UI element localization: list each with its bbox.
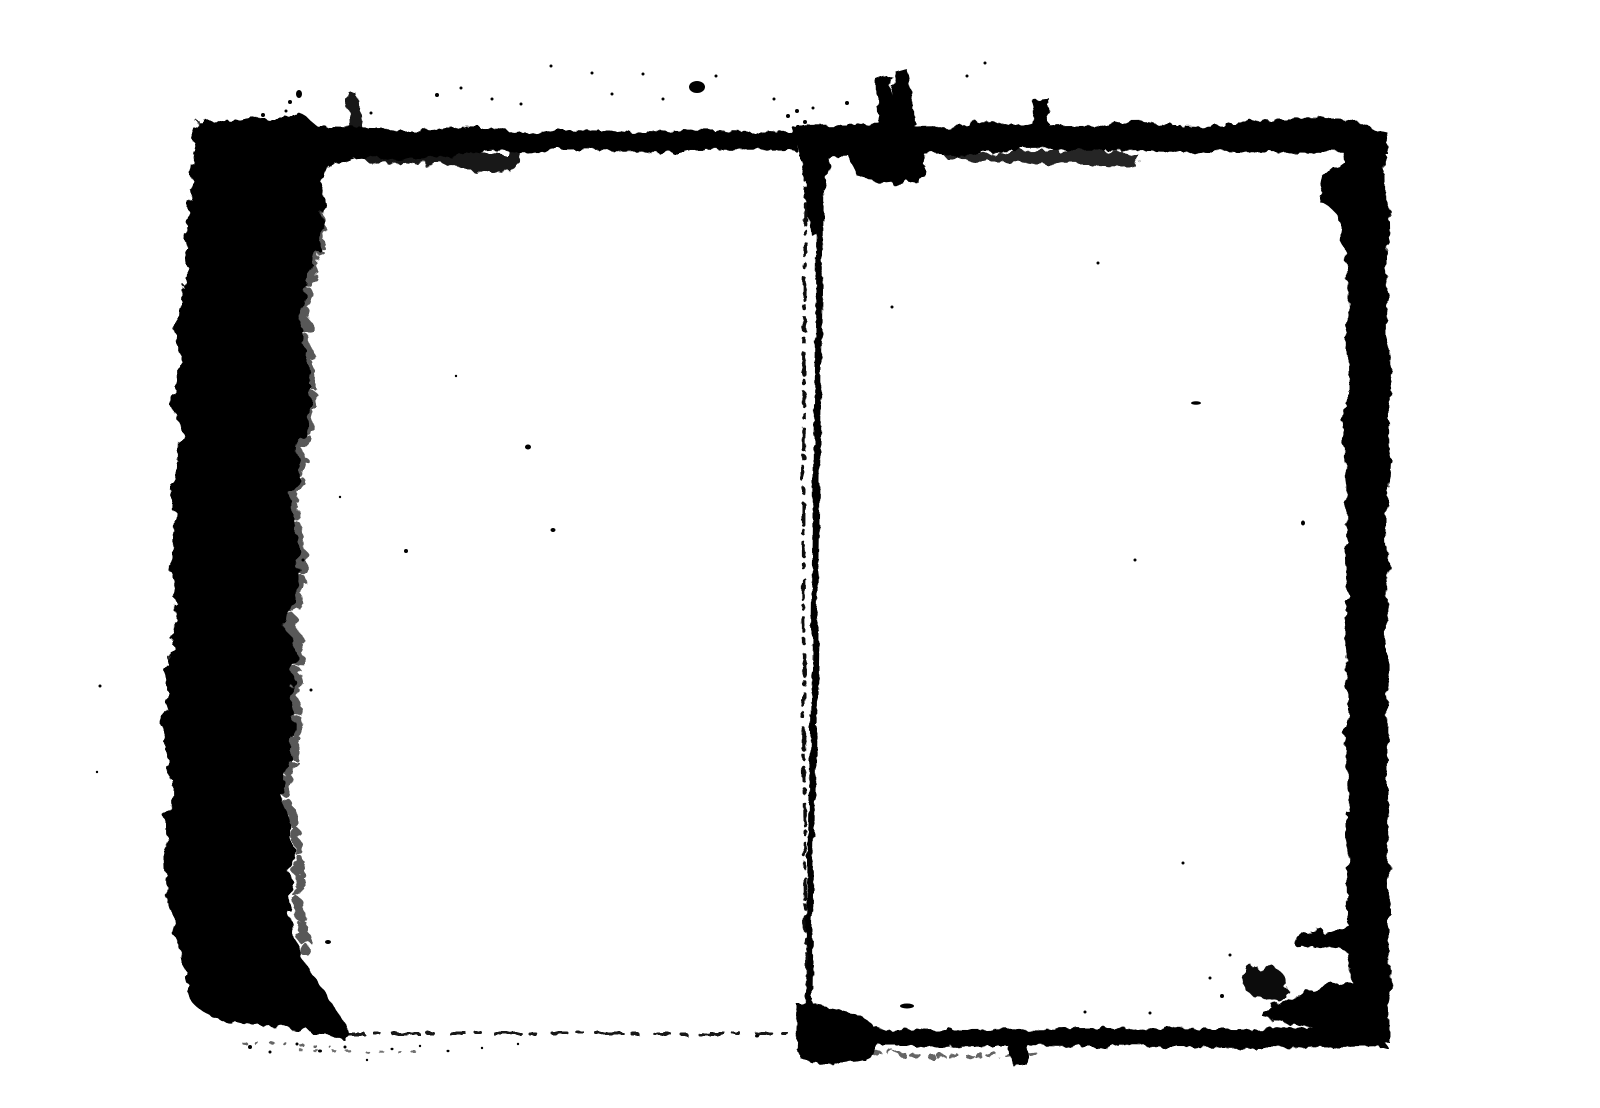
ink-speck: [1182, 862, 1185, 865]
ink-speck: [1191, 401, 1201, 405]
ink-speck: [248, 1045, 252, 1049]
ink-speck: [302, 559, 305, 562]
ink-speck: [900, 1004, 914, 1009]
scan-canvas: [0, 0, 1600, 1108]
ink-speck: [773, 98, 776, 101]
ink-speck: [662, 98, 665, 101]
ink-speck: [1084, 1011, 1087, 1014]
ink-speck: [795, 109, 799, 113]
ink-speck: [550, 65, 553, 68]
binding-tick-top: [1031, 95, 1048, 131]
ink-speck: [344, 1046, 347, 1049]
ink-speck: [1097, 262, 1100, 265]
ink-speck: [269, 1051, 272, 1054]
ink-speck: [275, 119, 279, 123]
ink-speck: [803, 120, 807, 124]
ink-speck: [1149, 1012, 1152, 1015]
ink-speck: [288, 100, 292, 104]
ink-speck: [339, 496, 341, 498]
book-scan: [0, 0, 1600, 1108]
ink-speck: [310, 689, 313, 692]
ink-speck: [285, 110, 288, 113]
ink-speck: [966, 75, 969, 78]
right-bottom-border-drip: [1009, 1044, 1029, 1064]
ink-speck: [715, 75, 718, 78]
ink-speck: [551, 528, 556, 532]
ink-speck: [419, 1045, 421, 1047]
ink-speck: [96, 771, 98, 773]
ink-speck: [786, 114, 790, 118]
right-page-bottom-border: [798, 1028, 1387, 1048]
ink-speck: [1134, 559, 1137, 562]
ink-speck: [1229, 954, 1232, 957]
ink-speck: [325, 940, 331, 944]
ink-speck: [447, 1050, 450, 1052]
right-top-border-underspray-b: [938, 148, 1132, 162]
ink-speck: [455, 375, 457, 377]
ink-speck: [755, 1035, 759, 1038]
ink-speck: [366, 1059, 368, 1061]
ink-speck: [812, 107, 815, 110]
ink-speck: [891, 306, 894, 309]
ink-speck: [261, 113, 265, 117]
ink-speck: [435, 93, 439, 97]
ink-speck: [689, 81, 705, 93]
ink-speck: [318, 1050, 322, 1053]
ink-speck: [296, 90, 302, 98]
ink-speck: [404, 549, 408, 553]
ink-speck: [642, 73, 645, 76]
ink-speck: [520, 103, 523, 106]
ink-speck: [481, 1047, 483, 1049]
ink-speck: [591, 72, 594, 75]
ink-speck: [1301, 521, 1305, 526]
ink-speck: [1220, 994, 1224, 998]
ink-speck: [984, 62, 987, 65]
ink-speck: [99, 685, 102, 688]
ink-speck: [296, 1043, 299, 1046]
ink-speck: [1209, 977, 1212, 980]
ink-speck: [460, 87, 463, 90]
ink-speck: [391, 1048, 394, 1050]
right-page-right-border: [1340, 121, 1390, 1042]
ink-speck: [491, 98, 494, 101]
ink-speck: [845, 101, 849, 105]
ink-speck: [525, 445, 531, 450]
ink-speck: [611, 93, 614, 96]
ink-speck: [370, 112, 373, 115]
binding-mark-top: [879, 70, 914, 151]
ink-speck: [517, 1043, 519, 1045]
left-border-spray-spike: [349, 98, 363, 135]
